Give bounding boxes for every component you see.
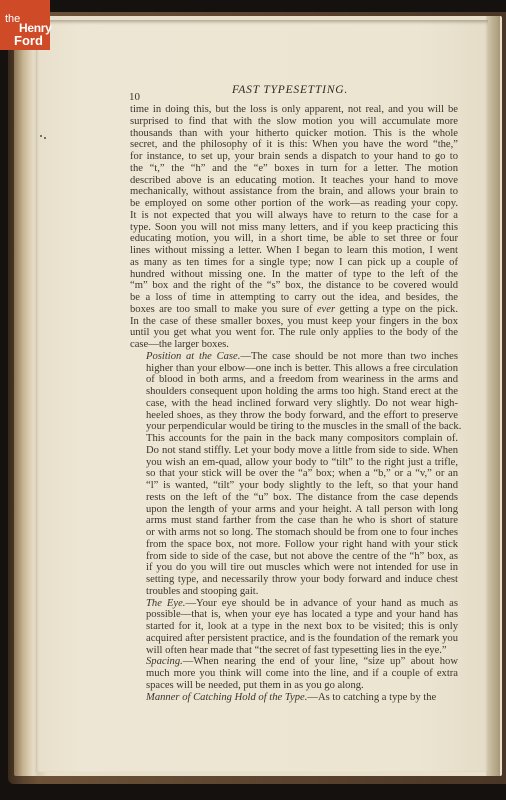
text-line: “l” is wanted, “tilt” your body slightly…	[130, 480, 458, 492]
line-text: until you get what you went for. The rul…	[130, 327, 458, 338]
henry-ford-logo[interactable]: the Henry Ford	[0, 0, 50, 50]
text-line: started for it, look at a type in the ne…	[130, 621, 458, 633]
text-line: you wish an em-quad, allow your body to …	[130, 457, 458, 469]
page-body-text: time in doing this, but the loss is only…	[130, 104, 458, 703]
line-text: arms must stand farther from the case th…	[146, 515, 458, 526]
text-line: be a loss of time in attempting to carry…	[130, 292, 458, 304]
text-line: case—the larger boxes.	[130, 339, 458, 351]
line-text: This accounts for the pain in the back m…	[146, 433, 458, 444]
text-line: heeled shoes, as they throw the body for…	[130, 410, 458, 422]
section-heading: Spacing.	[146, 656, 183, 667]
line-text: spaces will be needed, put them in as yo…	[146, 680, 364, 691]
text-line: This accounts for the pain in the back m…	[130, 433, 458, 445]
text-line: secret, and the philosophy of it is this…	[130, 139, 458, 151]
text-line: arms must stand farther from the case th…	[130, 515, 458, 527]
line-text: acquired after persistent practice, and …	[146, 633, 458, 644]
line-text: Do not stand stiffly. Let your body move…	[146, 445, 458, 456]
line-text: In the case of these smaller boxes, you …	[130, 316, 458, 327]
section-heading: The Eye.	[146, 598, 185, 609]
line-text: or with arms not so long. The stomach sh…	[146, 527, 458, 538]
text-line: troubles and stooping gait.	[130, 586, 458, 598]
text-line: higher than your elbow—one inch is bette…	[130, 363, 458, 375]
line-text: “m” box and the right of the “s” box, th…	[130, 280, 458, 291]
line-text: started for it, look at a type in the ne…	[146, 621, 458, 632]
text-line: your perpendicular would be tiring to th…	[130, 421, 458, 433]
text-line: if you do you will tire out muscles whic…	[130, 562, 458, 574]
text-line: Do not stand stiffly. Let your body move…	[130, 445, 458, 457]
text-line: mechanically, without assistance from th…	[130, 186, 458, 198]
line-text: much more you think will come into the l…	[146, 668, 458, 679]
text-line: of blood in both arms, and a freedom fro…	[130, 374, 458, 386]
line-text: mechanically, without assistance from th…	[130, 186, 458, 197]
paragraph: time in doing this, but the loss is only…	[130, 104, 458, 351]
text-line: from the space box, not more. Follow you…	[130, 539, 458, 551]
line-text: be a loss of time in attempting to carry…	[130, 292, 458, 303]
text-line: until you get what you went for. The rul…	[130, 327, 458, 339]
line-text: as many as ten times for a single type; …	[130, 257, 458, 268]
line-text: from side to side of the case, but not a…	[146, 551, 458, 562]
line-text: —The case should be not more than two in…	[240, 351, 458, 362]
line-text: the “t,” the “h” and the “e” boxes in tu…	[130, 163, 458, 174]
line-text: It is not expected that you will always …	[130, 210, 458, 221]
line-text: troubles and stooping gait.	[146, 586, 258, 597]
text-line: acquired after persistent practice, and …	[130, 633, 458, 645]
line-text: possible—that is, when your eye has loca…	[146, 609, 458, 620]
text-line: setting type, and necessarily throw your…	[130, 574, 458, 586]
text-line: the “t,” the “h” and the “e” boxes in tu…	[130, 163, 458, 175]
text-line: hundred without missing one. In the matt…	[130, 269, 458, 281]
line-text: will often hear made that “the secret of…	[146, 645, 447, 656]
text-line: case, with the head inclined forward ver…	[130, 398, 458, 410]
text-line: It is not expected that you will always …	[130, 210, 458, 222]
text-line: for instance, to set up, your brain send…	[130, 151, 458, 163]
text-line: will often hear made that “the secret of…	[130, 645, 458, 657]
section-heading: Manner of Catching Hold of the Type.	[146, 692, 307, 703]
line-text: your perpendicular would be tiring to th…	[146, 421, 461, 432]
line-text: type. Soon you will not miss many letter…	[130, 222, 458, 233]
line-text: educating motion, you will, in a short t…	[130, 233, 458, 244]
line-text: setting type, and necessarily throw your…	[146, 574, 458, 585]
line-text: lines without missing a letter. When I b…	[130, 245, 458, 256]
line-text: —When nearing the end of your line, “siz…	[183, 656, 458, 667]
text-line: type. Soon you will not miss many letter…	[130, 222, 458, 234]
line-text: from the space box, not more. Follow you…	[146, 539, 458, 550]
paragraph: The Eye.—Your eye should be in advance o…	[130, 598, 458, 657]
line-text: you wish an em-quad, allow your body to …	[146, 457, 458, 468]
line-text: “l” is wanted, “tilt” your body slightly…	[146, 480, 458, 491]
text-line: shoulders consequent upon holding the ar…	[130, 386, 458, 398]
text-line: Manner of Catching Hold of the Type.—As …	[130, 692, 458, 704]
line-text: of blood in both arms, and a freedom fro…	[146, 374, 458, 385]
text-line: so that your stick will be over the “a” …	[130, 468, 458, 480]
text-line: Position at the Case.—The case should be…	[130, 351, 458, 363]
text-line: thousands than with your hitherto quicke…	[130, 128, 458, 140]
text-line: from side to side of the case, but not a…	[130, 551, 458, 563]
logo-text-the: the	[5, 13, 20, 25]
text-line: surprised to find that with the slow mot…	[130, 116, 458, 128]
text-line: “m” box and the right of the “s” box, th…	[130, 280, 458, 292]
paragraph: Position at the Case.—The case should be…	[130, 351, 458, 598]
text-line: as many as ten times for a single type; …	[130, 257, 458, 269]
line-text: so that your stick will be over the “a” …	[146, 468, 458, 479]
text-line: time in doing this, but the loss is only…	[130, 104, 458, 116]
line-text: hundred without missing one. In the matt…	[130, 269, 458, 280]
line-text: rests on the left of the “u” box. The di…	[146, 492, 458, 503]
line-text: time in doing this, but the loss is only…	[130, 104, 458, 115]
text-line: The Eye.—Your eye should be in advance o…	[130, 598, 458, 610]
paragraph: Manner of Catching Hold of the Type.—As …	[130, 692, 458, 704]
text-line: rests on the left of the “u” box. The di…	[130, 492, 458, 504]
line-text: —Your eye should be in advance of your h…	[185, 598, 458, 609]
line-text: boxes are too small to make you sure of …	[130, 304, 458, 315]
text-line: educating motion, you will, in a short t…	[130, 233, 458, 245]
text-line: much more you think will come into the l…	[130, 668, 458, 680]
line-text: case—the larger boxes.	[130, 339, 229, 350]
text-line: lines without missing a letter. When I b…	[130, 245, 458, 257]
text-line: or with arms not so long. The stomach sh…	[130, 527, 458, 539]
line-text: secret, and the philosophy of it is this…	[130, 139, 458, 150]
text-line: Spacing.—When nearing the end of your li…	[130, 656, 458, 668]
line-text: upon the length of your arms and your he…	[146, 504, 458, 515]
line-text: be employed on some other portion of the…	[130, 198, 458, 209]
text-line: upon the length of your arms and your he…	[130, 504, 458, 516]
text-line: spaces will be needed, put them in as yo…	[130, 680, 458, 692]
line-text: thousands than with your hitherto quicke…	[130, 128, 458, 139]
ink-spot	[40, 135, 42, 137]
text-line: boxes are too small to make you sure of …	[130, 304, 458, 316]
line-text: case, with the head inclined forward ver…	[146, 398, 458, 409]
paragraph: Spacing.—When nearing the end of your li…	[130, 656, 458, 691]
line-text: for instance, to set up, your brain send…	[130, 151, 458, 162]
text-line: be employed on some other portion of the…	[130, 198, 458, 210]
page-number: 10	[129, 91, 140, 103]
ink-spot	[44, 137, 46, 139]
logo-text-ford: Ford	[14, 33, 43, 48]
text-line: In the case of these smaller boxes, you …	[130, 316, 458, 328]
line-text: —As to catching a type by the	[307, 692, 436, 703]
line-text: surprised to find that with the slow mot…	[130, 116, 458, 127]
line-text: if you do you will tire out muscles whic…	[146, 562, 458, 573]
text-line: described above is an educating motion. …	[130, 175, 458, 187]
running-head: FAST TYPESETTING.	[232, 84, 348, 96]
text-line: possible—that is, when your eye has loca…	[130, 609, 458, 621]
line-text: shoulders consequent upon holding the ar…	[146, 386, 458, 397]
line-text: heeled shoes, as they throw the body for…	[146, 410, 458, 421]
page-right-edge	[486, 16, 500, 776]
section-heading: Position at the Case.	[146, 351, 240, 362]
line-text: higher than your elbow—one inch is bette…	[146, 363, 458, 374]
line-text: described above is an educating motion. …	[130, 175, 458, 186]
